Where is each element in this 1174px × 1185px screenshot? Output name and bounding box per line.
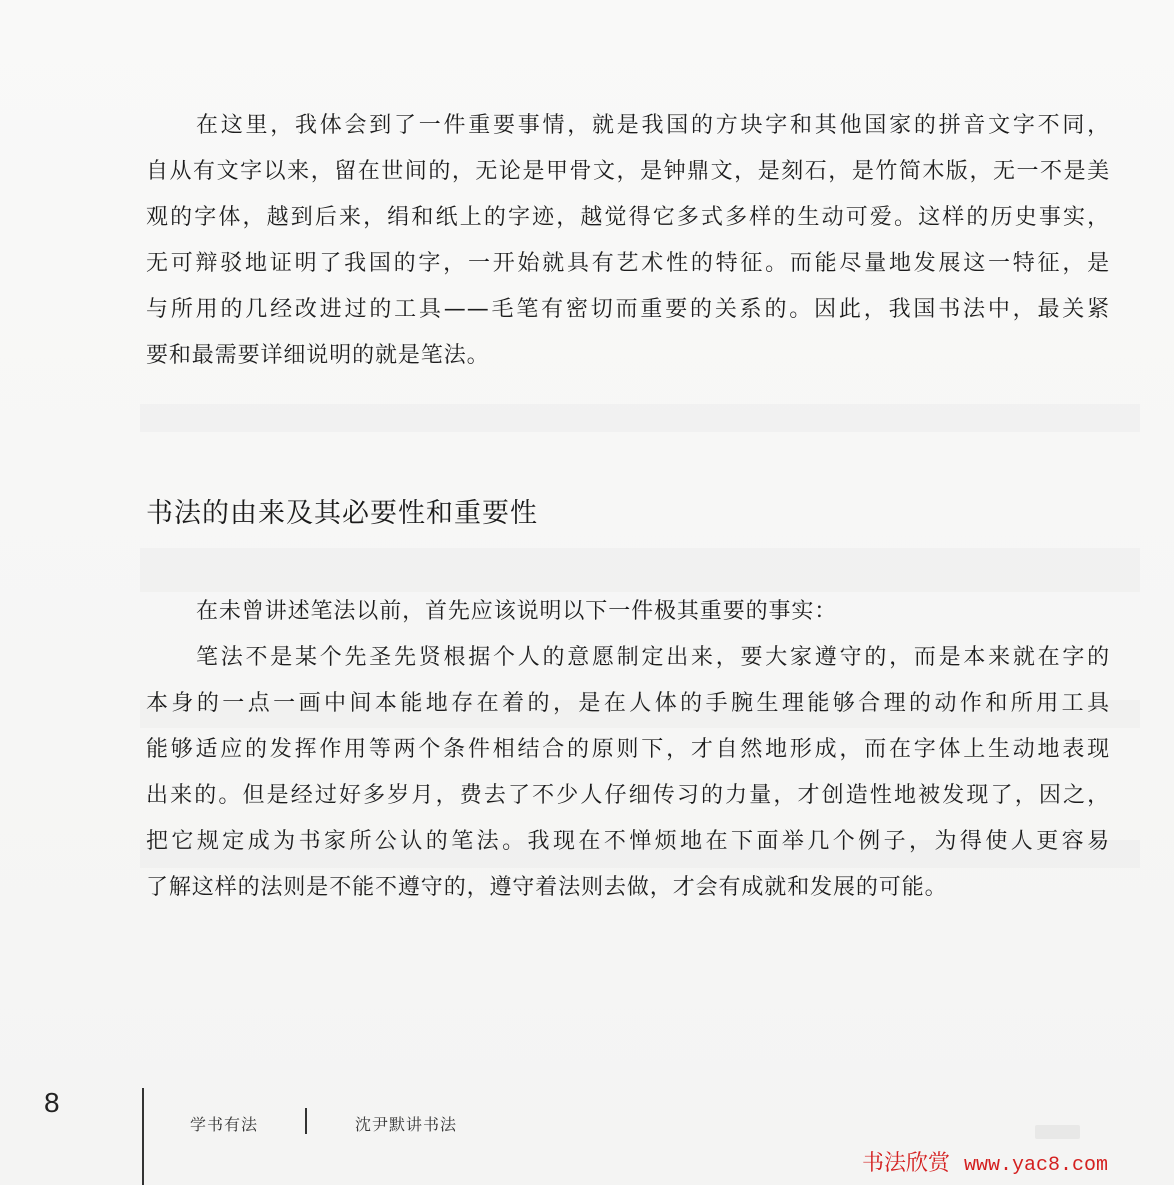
bleed-through-shade — [140, 548, 1140, 592]
paragraph-line: 出来的。但是经过好多岁月，费去了不少人仔细传习的力量，才创造性地被发现了，因之， — [146, 773, 1110, 819]
paragraph-1: 在这里，我体会到了一件重要事情，就是我国的方块字和其他国家的拼音文字不同， 自从… — [146, 103, 1110, 379]
footer-divider — [142, 1088, 144, 1185]
watermark: 书法欣赏www.yac8.com — [862, 1146, 1108, 1177]
paragraph-line: 与所用的几经改进过的工具——毛笔有密切而重要的关系的。因此，我国书法中，最关紧 — [146, 287, 1110, 333]
paragraph-line: 了解这样的法则是不能不遵守的，遵守着法则去做，才会有成就和发展的可能。 — [146, 865, 1110, 911]
bleed-through-shade — [140, 404, 1140, 432]
book-page: 在这里，我体会到了一件重要事情，就是我国的方块字和其他国家的拼音文字不同， 自从… — [0, 0, 1174, 1185]
paragraph-line: 在这里，我体会到了一件重要事情，就是我国的方块字和其他国家的拼音文字不同， — [146, 103, 1110, 149]
paragraph-line: 自从有文字以来，留在世间的，无论是甲骨文，是钟鼎文，是刻石，是竹简木版，无一不是… — [146, 149, 1110, 195]
paragraph-2: 在未曾讲述笔法以前，首先应该说明以下一件极其重要的事实： — [146, 589, 1110, 635]
section-heading: 书法的由来及其必要性和重要性 — [146, 494, 538, 534]
paragraph-line: 本身的一点一画中间本能地存在着的，是在人体的手腕生理能够合理的动作和所用工具 — [146, 681, 1110, 727]
paragraph-line: 观的字体，越到后来，绢和纸上的字迹，越觉得它多式多样的生动可爱。这样的历史事实， — [146, 195, 1110, 241]
footer-book-title: 学书有法 — [190, 1112, 258, 1135]
paragraph-line: 把它规定成为书家所公认的笔法。我现在不惮烦地在下面举几个例子，为得使人更容易 — [146, 819, 1110, 865]
paragraph-line: 无可辩驳地证明了我国的字，一开始就具有艺术性的特征。而能尽量地发展这一特征，是 — [146, 241, 1110, 287]
watermark-label: 书法欣赏 — [862, 1150, 950, 1175]
paragraph-line: 在未曾讲述笔法以前，首先应该说明以下一件极其重要的事实： — [146, 589, 1110, 635]
paragraph-line: 能够适应的发挥作用等两个条件相结合的原则下，才自然地形成，而在字体上生动地表现 — [146, 727, 1110, 773]
watermark-url: www.yac8.com — [964, 1154, 1108, 1177]
footer-separator — [305, 1108, 307, 1134]
paragraph-3: 笔法不是某个先圣先贤根据个人的意愿制定出来，要大家遵守的，而是本来就在字的 本身… — [146, 635, 1110, 911]
paragraph-line: 要和最需要详细说明的就是笔法。 — [146, 333, 1110, 379]
faint-stamp — [1035, 1125, 1080, 1139]
page-number: 8 — [44, 1087, 60, 1119]
footer-series-title: 沈尹默讲书法 — [355, 1112, 457, 1135]
paragraph-line: 笔法不是某个先圣先贤根据个人的意愿制定出来，要大家遵守的，而是本来就在字的 — [146, 635, 1110, 681]
